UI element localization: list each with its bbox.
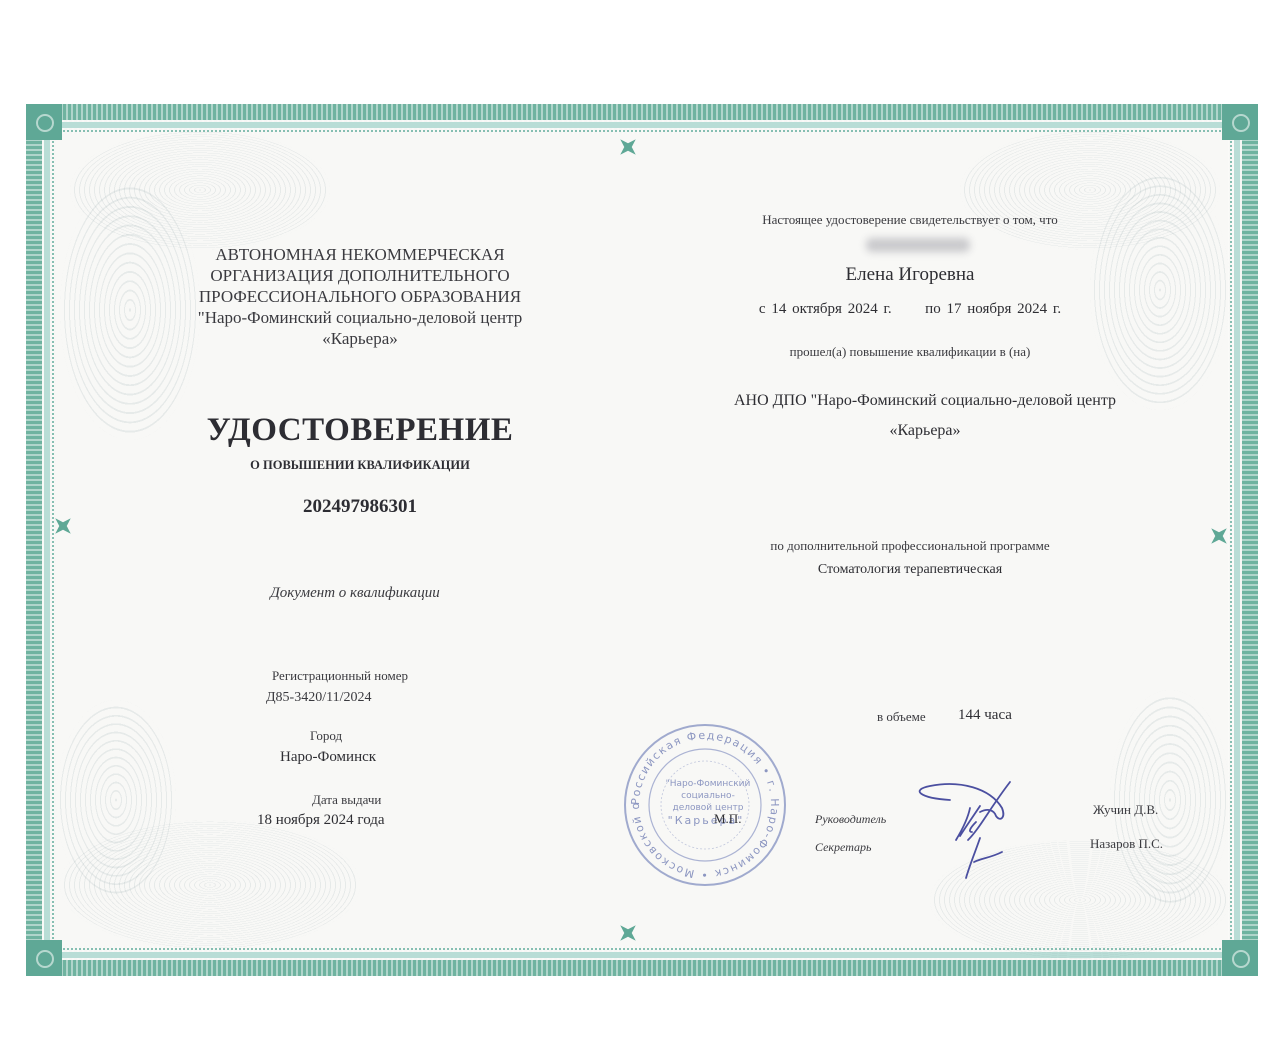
period-to-prefix: по <box>925 301 941 317</box>
issue-date: 18 ноября 2024 года <box>257 812 385 829</box>
organization-name: АВТОНОМНАЯ НЕКОММЕРЧЕСКАЯ ОРГАНИЗАЦИЯ ДО… <box>160 244 560 349</box>
signatory-role: Секретарь <box>815 840 871 855</box>
certificate-subtitle: О ПОВЫШЕНИИ КВАЛИФИКАЦИИ <box>160 458 560 473</box>
volume-value: 144 часа <box>958 707 1012 724</box>
signatory-name: Назаров П.С. <box>1090 836 1163 852</box>
city-label: Город <box>310 728 342 744</box>
holder-name: Елена Игоревна <box>700 264 1120 286</box>
period-to: 17 ноября 2024 г. <box>946 301 1061 317</box>
organization-line: «Карьера» <box>160 328 560 349</box>
signatory-name: Жучин Д.В. <box>1093 802 1158 818</box>
institution-name-line1: АНО ДПО "Наро-Фоминский социально-делово… <box>690 392 1160 410</box>
program-label: по дополнительной профессиональной прогр… <box>700 538 1120 554</box>
organization-line: ПРОФЕССИОНАЛЬНОГО ОБРАЗОВАНИЯ <box>160 286 560 307</box>
guilloche-pattern <box>56 700 176 900</box>
certify-statement: Настоящее удостоверение свидетельствует … <box>700 212 1120 228</box>
signatory-role: Руководитель <box>815 812 886 827</box>
registration-number: Д85-3420/11/2024 <box>266 690 371 706</box>
program-name: Стоматология терапевтическая <box>700 562 1120 578</box>
corner-ornament-icon <box>26 940 62 976</box>
corner-ornament-icon <box>1222 940 1258 976</box>
stamp-center-line: "Наро-Фоминский <box>666 779 751 789</box>
stamp-place-mark: М.П. <box>714 811 741 827</box>
passed-statement: прошел(а) повышение квалификации в (на) <box>700 344 1120 360</box>
signature-icon <box>910 778 1030 888</box>
organization-line: "Наро-Фоминский социально-деловой центр <box>160 307 560 328</box>
organization-line: ОРГАНИЗАЦИЯ ДОПОЛНИТЕЛЬНОГО <box>160 265 560 286</box>
corner-ornament-icon <box>1222 104 1258 140</box>
document-type: Документ о квалификации <box>200 585 510 602</box>
city: Наро-Фоминск <box>280 749 376 766</box>
guilloche-pattern <box>1090 170 1230 410</box>
training-period: с 14 октября 2024 г. по 17 ноября 2024 г… <box>700 301 1120 318</box>
certificate-title: УДОСТОВЕРЕНИЕ <box>160 412 560 449</box>
period-from: 14 октября 2024 г. <box>771 301 891 317</box>
guilloche-pattern <box>1110 690 1230 910</box>
issue-date-label: Дата выдачи <box>312 792 381 808</box>
institution-name-line2: «Карьера» <box>690 422 1160 440</box>
corner-ornament-icon <box>26 104 62 140</box>
registration-number-label: Регистрационный номер <box>272 668 408 684</box>
certificate-number: 202497986301 <box>160 496 560 518</box>
official-stamp-icon: Российская Федерация • г. Наро-Фоминск •… <box>620 720 790 890</box>
organization-line: АВТОНОМНАЯ НЕКОММЕРЧЕСКАЯ <box>160 244 560 265</box>
stamp-center-line: социально- <box>681 791 735 801</box>
period-from-prefix: с <box>759 301 766 317</box>
redacted-surname <box>866 238 970 252</box>
volume-label: в объеме <box>877 709 926 725</box>
